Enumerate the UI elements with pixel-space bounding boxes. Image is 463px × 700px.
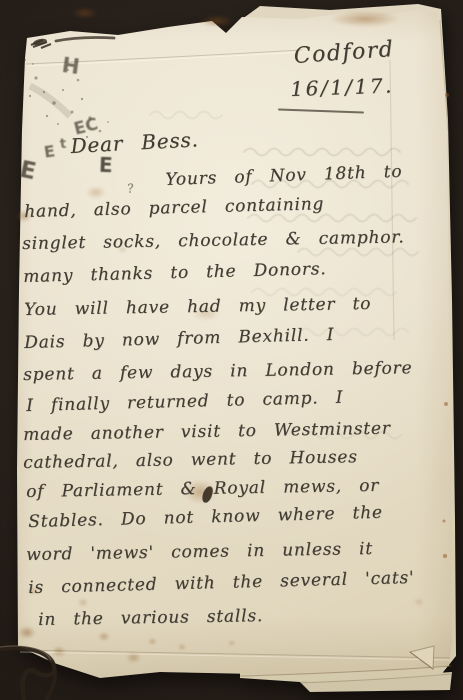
pencil-mark: t	[59, 137, 67, 152]
stain	[228, 640, 235, 646]
stain	[148, 638, 157, 645]
pencil-mark: E	[99, 153, 114, 177]
letter-date: 16/1/17.	[290, 73, 394, 101]
stain	[52, 646, 66, 657]
pencil-mark: H	[60, 53, 81, 79]
stain	[72, 7, 98, 19]
stain	[18, 626, 36, 639]
stain	[200, 15, 234, 27]
stain	[414, 598, 424, 606]
stain	[86, 186, 106, 199]
stain	[178, 644, 186, 650]
letter-line: in the various stalls.	[38, 606, 263, 630]
stain	[126, 652, 141, 663]
photo-backdrop: Codford 16/1/17. Dear Bess. ? Yours of N…	[0, 0, 463, 700]
stain	[78, 598, 88, 607]
stain	[98, 632, 110, 641]
stain	[330, 11, 400, 27]
